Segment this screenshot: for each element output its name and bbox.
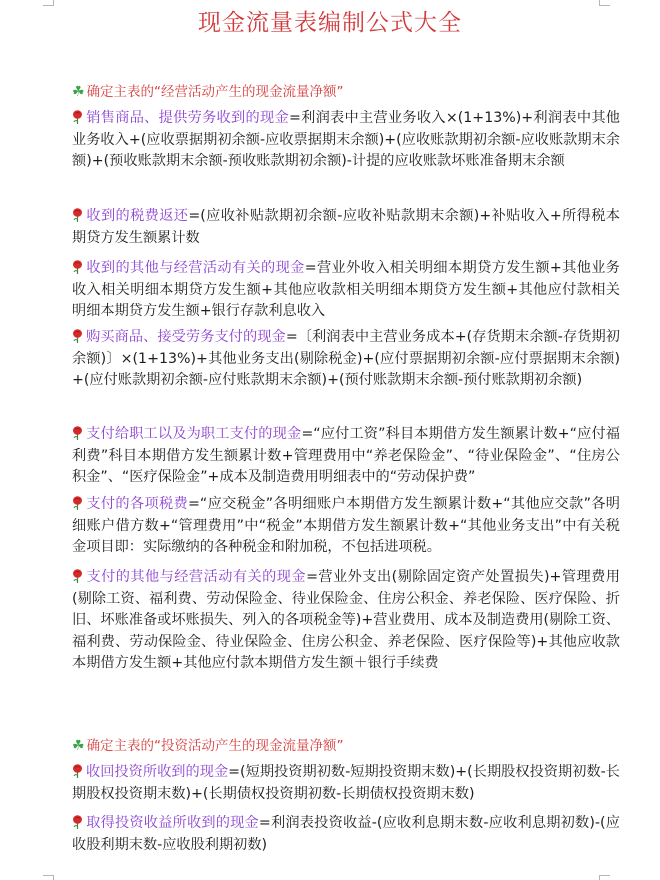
formula-term: 收到的税费返还 [86,208,188,224]
formula-item: 收回投资所收到的现金=(短期投资期初数-短期投资期末数)+(长期股权投资期初数-… [72,762,620,805]
section-heading-operating: ☘确定主表的“经营活动产生的现金流量净额” [72,80,344,100]
rose-icon [72,260,83,274]
formula-item: 支付的各项税费=“应交税金”各明细账户本期借方发生额累计数+“其他应交款”各明细… [72,494,620,559]
formula-item: 销售商品、提供劳务收到的现金=利润表中主营业务收入×(1+13%)+利润表中其他… [72,108,620,173]
page-corner-mark-bottom-right [599,875,610,880]
formula-term: 支付的各项税费 [86,496,188,512]
section-heading-text: 确定主表的“经营活动产生的现金流量净额” [87,84,344,100]
section-heading-investing: ☘确定主表的“投资活动产生的现金流量净额” [72,734,344,754]
formula-term: 购买商品、接受劳务支付的现金 [86,329,286,345]
rose-icon [72,764,83,778]
rose-icon [72,426,83,440]
rose-icon [72,496,83,510]
formula-term: 支付的其他与经营活动有关的现金 [86,569,306,585]
document-title: 现金流量表编制公式大全 [0,4,660,37]
rose-icon [72,329,83,343]
formula-item: 支付的其他与经营活动有关的现金=营业外支出(剔除固定资产处置损失)+管理费用(剔… [72,567,620,675]
formula-term: 支付给职工以及为职工支付的现金 [86,426,301,442]
formula-term: 取得投资收益所收到的现金 [86,815,259,831]
formula-item: 收到的其他与经营活动有关的现金=营业外收入相关明细本期贷方发生额+其他业务收入相… [72,258,620,323]
rose-icon [72,208,83,222]
formula-item: 取得投资收益所收到的现金=利润表投资收益-(应收利息期末数-应收利息期初数)-(… [72,813,620,856]
formula-term: 收到的其他与经营活动有关的现金 [86,260,305,276]
formula-item: 收到的税费返还=(应收补贴款期初余额-应收补贴款期末余额)+补贴收入+所得税本期… [72,206,620,249]
section-heading-text: 确定主表的“投资活动产生的现金流量净额” [87,738,344,754]
formula-item: 购买商品、接受劳务支付的现金=〔利润表中主营业务成本+(存货期末余额-存货期初余… [72,327,620,392]
four-leaf-clover-icon: ☘ [72,738,85,754]
rose-icon [72,815,83,829]
rose-icon [72,569,83,583]
formula-term: 收回投资所收到的现金 [86,764,228,780]
formula-item: 支付给职工以及为职工支付的现金=“应付工资”科目本期借方发生额累计数+“应付福利… [72,424,620,489]
formula-term: 销售商品、提供劳务收到的现金 [86,110,289,126]
page-corner-mark-bottom-left [43,875,54,880]
four-leaf-clover-icon: ☘ [72,84,85,100]
rose-icon [72,110,83,124]
